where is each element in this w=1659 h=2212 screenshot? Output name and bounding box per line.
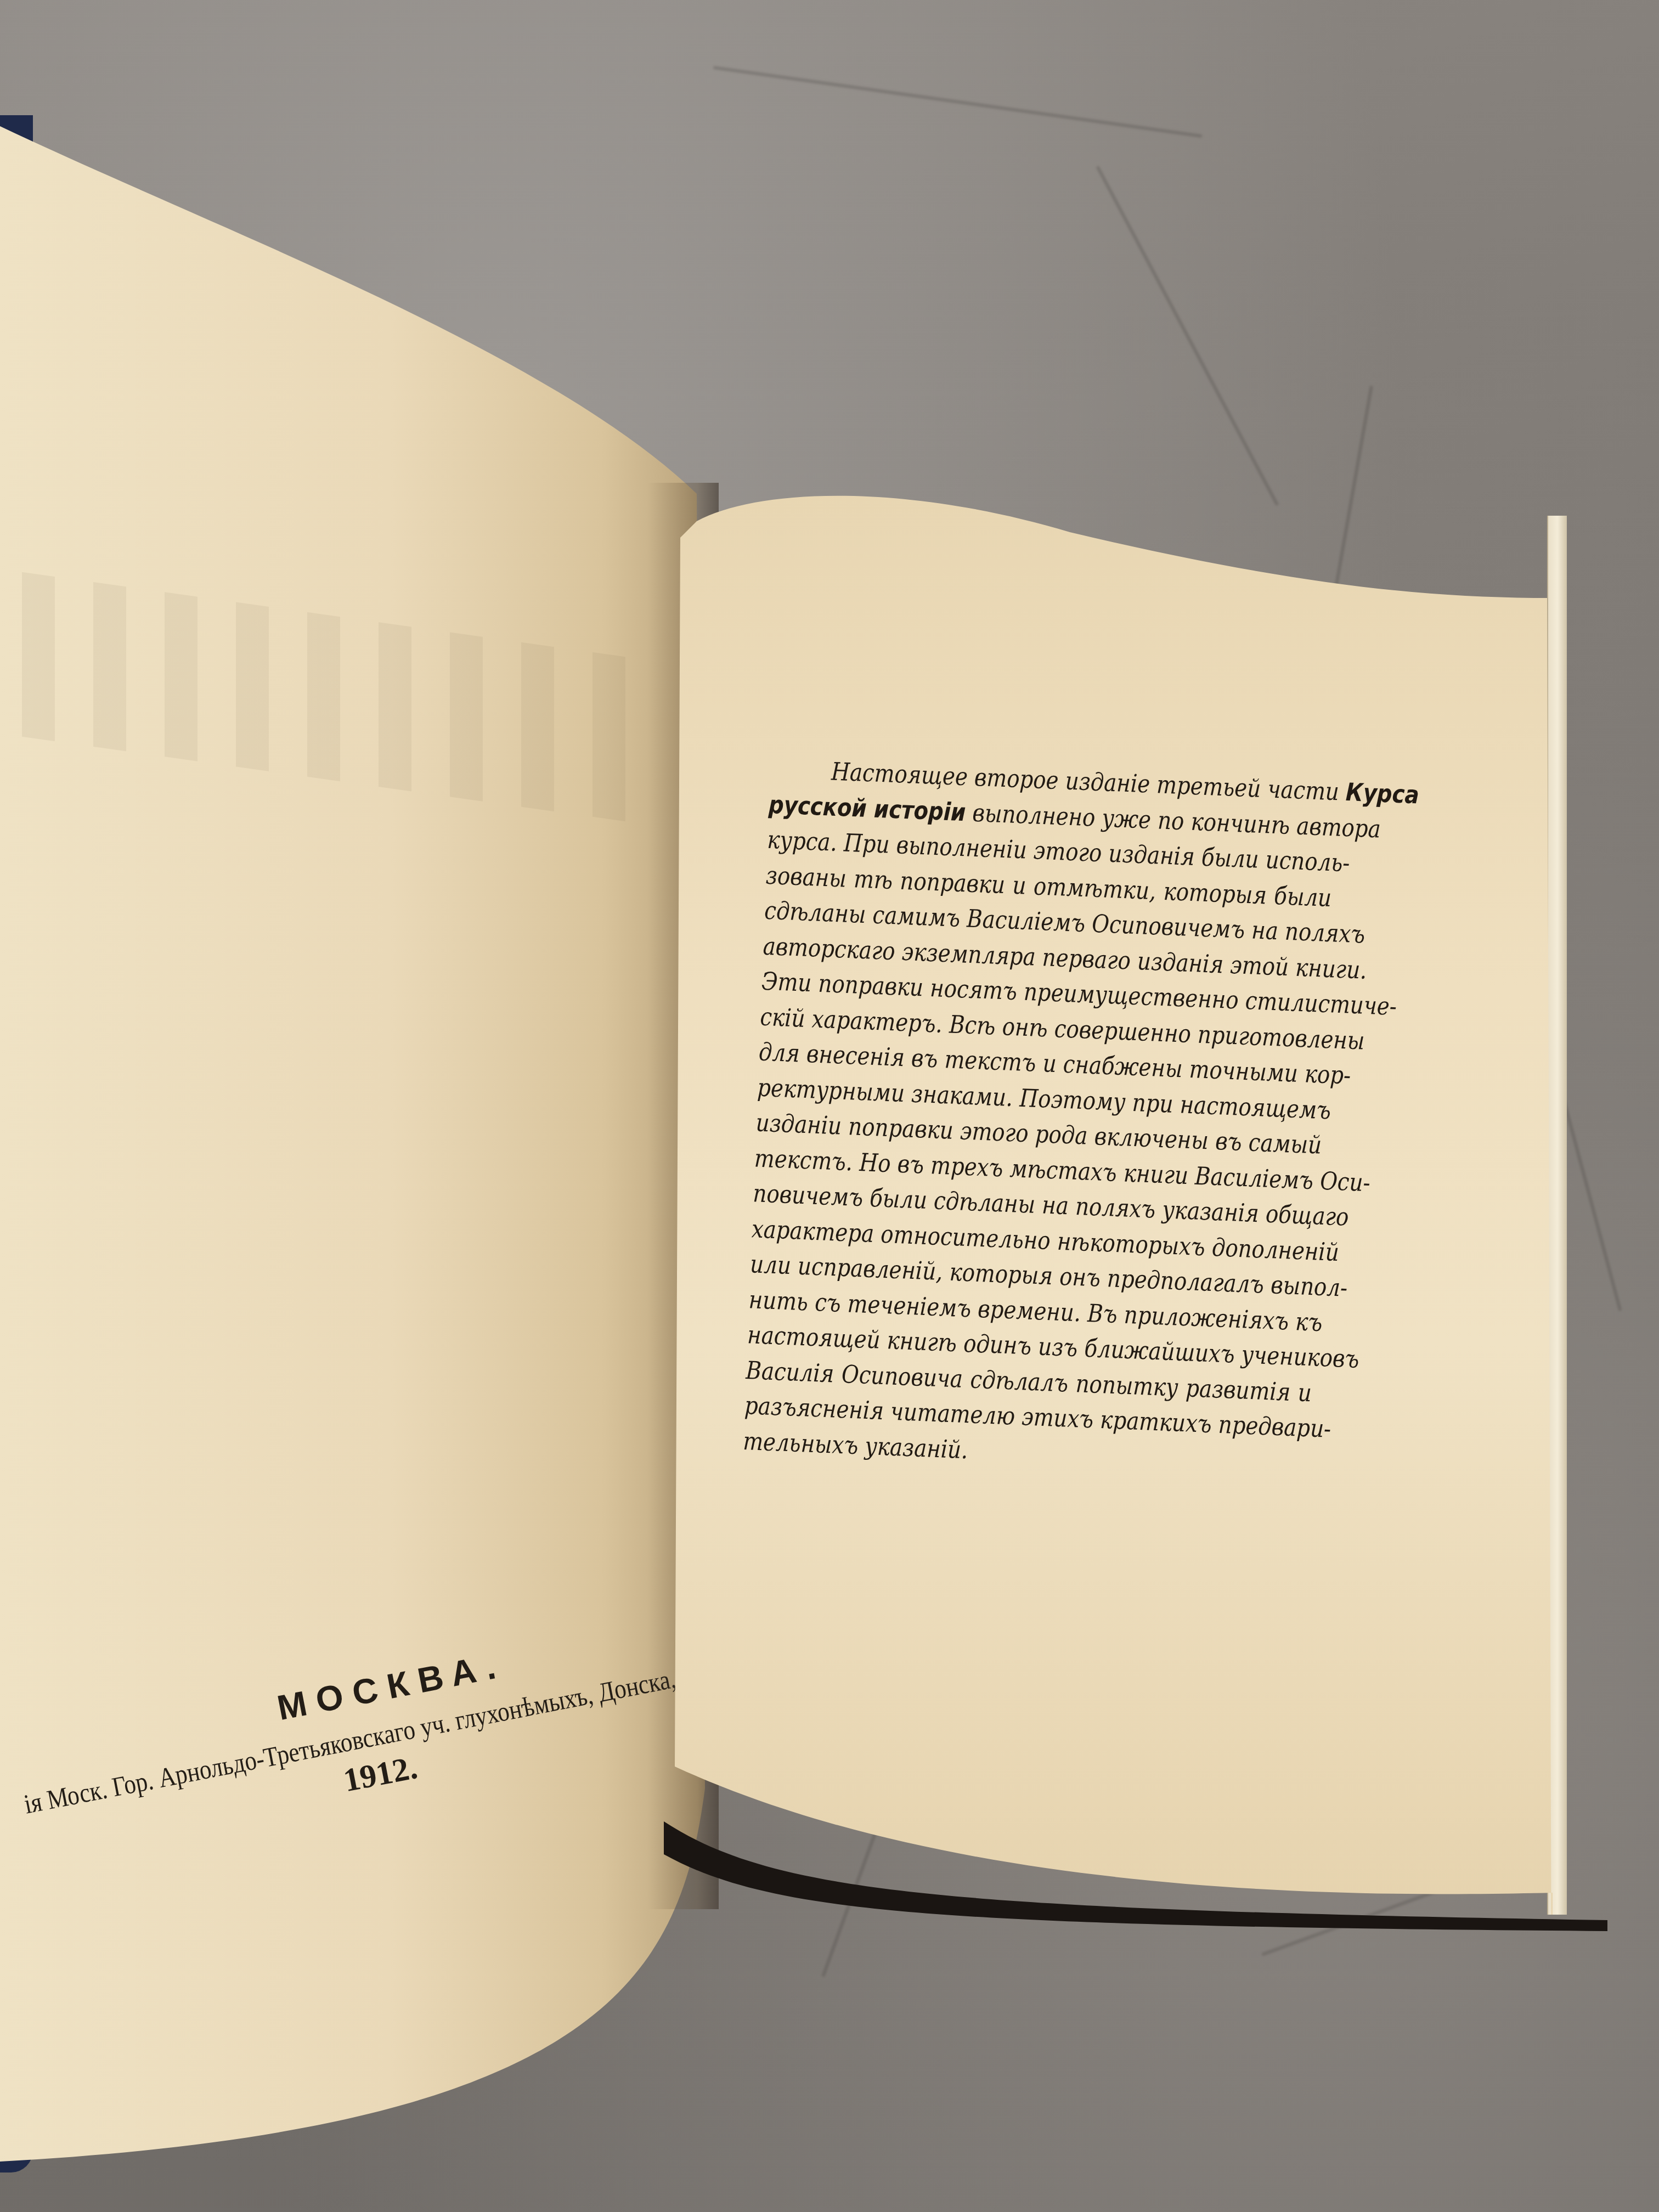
preface-paragraph: Настоящее второе изданіе третьей части К… — [742, 752, 1336, 1481]
marble-vein — [1096, 166, 1279, 506]
text-segment-bold: Курса — [1345, 777, 1420, 809]
marble-vein — [713, 66, 1203, 138]
text-segment-bold: русской исторіи — [768, 789, 966, 826]
left-page[interactable] — [0, 0, 708, 2212]
show-through-title — [22, 572, 625, 822]
marble-vein — [1562, 1098, 1622, 1311]
